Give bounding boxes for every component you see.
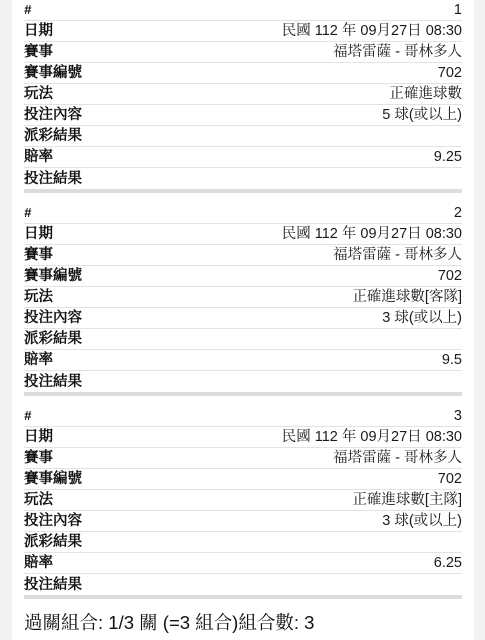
- row-match-no: 賽事編號 702: [24, 469, 462, 490]
- play-type-label: 玩法: [24, 84, 53, 104]
- index-label: #: [24, 203, 31, 223]
- row-index: # 3: [24, 406, 462, 427]
- match-value: 福塔雷薩 - 哥林多人: [333, 42, 462, 62]
- match-label: 賽事: [24, 448, 53, 468]
- row-payout-result: 派彩結果: [24, 532, 462, 553]
- row-match: 賽事 福塔雷薩 - 哥林多人: [24, 448, 462, 469]
- selection-label: 投注內容: [24, 105, 82, 125]
- row-bet-result: 投注結果: [24, 168, 462, 189]
- index-label: #: [24, 406, 31, 426]
- selection-label: 投注內容: [24, 511, 82, 531]
- row-selection: 投注內容 3 球(或以上): [24, 511, 462, 532]
- row-selection: 投注內容 3 球(或以上): [24, 308, 462, 329]
- date-value: 民國 112 年 09月27日 08:30: [282, 427, 462, 447]
- odds-label: 賠率: [24, 350, 53, 370]
- selection-value: 3 球(或以上): [382, 511, 462, 531]
- row-match-no: 賽事編號 702: [24, 266, 462, 287]
- row-odds: 賠率 9.25: [24, 147, 462, 168]
- parlay-summary: 過關組合: 1/3 關 (=3 組合)組合數: 3: [24, 609, 462, 635]
- bet-result-label: 投注結果: [24, 372, 82, 392]
- play-type-value: 正確進球數: [390, 84, 463, 104]
- selection-value: 3 球(或以上): [382, 308, 462, 328]
- row-date: 日期 民國 112 年 09月27日 08:30: [24, 427, 462, 448]
- bet-result-label: 投注結果: [24, 169, 82, 189]
- date-label: 日期: [24, 21, 53, 41]
- row-date: 日期 民國 112 年 09月27日 08:30: [24, 21, 462, 42]
- match-value: 福塔雷薩 - 哥林多人: [333, 448, 462, 468]
- row-match: 賽事 福塔雷薩 - 哥林多人: [24, 245, 462, 266]
- selection-label: 投注內容: [24, 308, 82, 328]
- index-value: 1: [454, 0, 462, 20]
- match-no-value: 702: [438, 469, 462, 489]
- row-match: 賽事 福塔雷薩 - 哥林多人: [24, 42, 462, 63]
- row-selection: 投注內容 5 球(或以上): [24, 105, 462, 126]
- match-no-label: 賽事編號: [24, 63, 82, 83]
- index-label: #: [24, 0, 31, 20]
- date-label: 日期: [24, 427, 53, 447]
- row-odds: 賠率 6.25: [24, 553, 462, 574]
- row-match-no: 賽事編號 702: [24, 63, 462, 84]
- bet-item-1: # 1 日期 民國 112 年 09月27日 08:30 賽事 福塔雷薩 - 哥…: [24, 0, 462, 193]
- row-index: # 1: [24, 0, 462, 21]
- match-label: 賽事: [24, 245, 53, 265]
- odds-value: 6.25: [434, 553, 462, 573]
- odds-label: 賠率: [24, 147, 53, 167]
- play-type-value: 正確進球數[客隊]: [352, 287, 462, 307]
- date-label: 日期: [24, 224, 53, 244]
- match-value: 福塔雷薩 - 哥林多人: [333, 245, 462, 265]
- odds-label: 賠率: [24, 553, 53, 573]
- row-payout-result: 派彩結果: [24, 126, 462, 147]
- row-play-type: 玩法 正確進球數: [24, 84, 462, 105]
- row-play-type: 玩法 正確進球數[客隊]: [24, 287, 462, 308]
- selection-value: 5 球(或以上): [382, 105, 462, 125]
- bet-item-2: # 2 日期 民國 112 年 09月27日 08:30 賽事 福塔雷薩 - 哥…: [24, 203, 462, 396]
- match-no-label: 賽事編號: [24, 266, 82, 286]
- row-odds: 賠率 9.5: [24, 350, 462, 371]
- play-type-label: 玩法: [24, 490, 53, 510]
- row-index: # 2: [24, 203, 462, 224]
- row-play-type: 玩法 正確進球數[主隊]: [24, 490, 462, 511]
- match-no-label: 賽事編號: [24, 469, 82, 489]
- index-value: 2: [454, 203, 462, 223]
- row-bet-result: 投注結果: [24, 574, 462, 595]
- play-type-value: 正確進球數[主隊]: [352, 490, 462, 510]
- bet-result-label: 投注結果: [24, 575, 82, 595]
- bet-slip-card: # 1 日期 民國 112 年 09月27日 08:30 賽事 福塔雷薩 - 哥…: [12, 0, 474, 640]
- date-value: 民國 112 年 09月27日 08:30: [282, 21, 462, 41]
- bet-item-3: # 3 日期 民國 112 年 09月27日 08:30 賽事 福塔雷薩 - 哥…: [24, 406, 462, 599]
- play-type-label: 玩法: [24, 287, 53, 307]
- bet-list: # 1 日期 民國 112 年 09月27日 08:30 賽事 福塔雷薩 - 哥…: [24, 0, 462, 635]
- match-no-value: 702: [438, 266, 462, 286]
- row-payout-result: 派彩結果: [24, 329, 462, 350]
- payout-result-label: 派彩結果: [24, 532, 82, 552]
- match-no-value: 702: [438, 63, 462, 83]
- odds-value: 9.5: [442, 350, 462, 370]
- payout-result-label: 派彩結果: [24, 126, 82, 146]
- match-label: 賽事: [24, 42, 53, 62]
- index-value: 3: [454, 406, 462, 426]
- row-bet-result: 投注結果: [24, 371, 462, 392]
- date-value: 民國 112 年 09月27日 08:30: [282, 224, 462, 244]
- row-date: 日期 民國 112 年 09月27日 08:30: [24, 224, 462, 245]
- payout-result-label: 派彩結果: [24, 329, 82, 349]
- odds-value: 9.25: [434, 147, 462, 167]
